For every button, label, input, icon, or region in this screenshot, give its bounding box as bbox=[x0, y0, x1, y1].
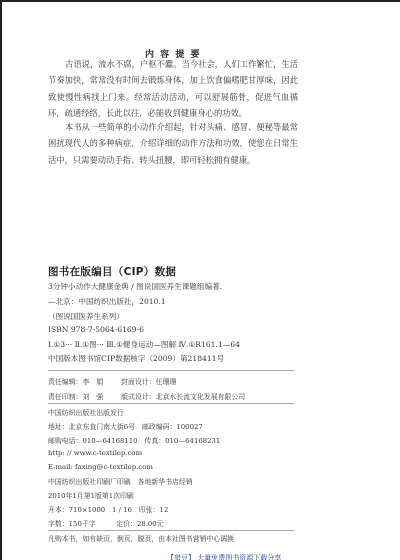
abstract-paragraph-2-text: 本书从一些简单的小动作介绍起，针对头痛、感冒、便秘等最常困扰现代人的多种病症，介… bbox=[48, 122, 298, 165]
cip-title: 图书在版编目（CIP）数据 bbox=[48, 264, 176, 279]
cover-label: 封面设计： bbox=[121, 378, 155, 386]
publisher-line: 地址：北京东直门南大街6号 邮政编码：100027 bbox=[48, 421, 203, 431]
print-label: 责任印制： bbox=[48, 393, 82, 401]
cip-line-cip-number: 中国版本图书馆CIP数据核字（2009）第218411号 bbox=[48, 353, 224, 364]
cip-line-classification: Ⅰ.①3··· Ⅱ.①图··· Ⅲ.①健身运动—图解 Ⅳ.①R161.1—64 bbox=[48, 339, 240, 350]
divider bbox=[48, 530, 294, 531]
publisher-line: 开本：710×1000 1 / 16 印张：12 bbox=[48, 504, 168, 514]
printer-name: 刘 强 bbox=[82, 393, 103, 401]
publisher-line: 中国纺织出版社出版发行 bbox=[48, 407, 124, 417]
divider bbox=[48, 370, 294, 371]
publisher-url: http: // www.c-textilep.com bbox=[48, 449, 142, 457]
abstract-paragraph-2: 本书从一些简单的小动作介绍起，针对头痛、感冒、便秘等最常困扰现代人的多种病症，介… bbox=[48, 119, 298, 168]
return-notice: 凡购本书，如有缺页，倒页，脱页，由本社图书营销中心调换 bbox=[48, 533, 234, 543]
publisher-line: 中国纺织出版社印刷厂印刷 各地新华书店经销 bbox=[48, 476, 193, 486]
layout-name: 北京水长流文化发展有限公司 bbox=[156, 393, 246, 401]
layout-label: 版式设计： bbox=[121, 393, 155, 401]
editor-name: 李 娟 bbox=[82, 378, 103, 386]
publisher-line: 字数：150千字 定价：28.00元 bbox=[48, 518, 164, 528]
cover-name: 任珊珊 bbox=[156, 378, 177, 386]
abstract-paragraph-1: 古语说，流水不腐，户枢不蠹。当今社会，人们工作繁忙，生活节奏加快，常常没有时间去… bbox=[48, 56, 298, 122]
publisher-line: 邮购电话：010—64168110 传真：010—64168231 bbox=[48, 435, 220, 445]
cip-line-publisher: —北京：中国纺织出版社，2010.1 bbox=[48, 296, 166, 307]
publisher-line: 2010年1月第1版第1次印刷 bbox=[48, 490, 134, 500]
divider bbox=[48, 403, 294, 404]
cip-line-series: （图说国医养生系列） bbox=[48, 311, 124, 322]
editor-label: 责任编辑： bbox=[48, 378, 82, 386]
credits-row-1: 责任编辑：李 娟封面设计：任珊珊 bbox=[48, 376, 176, 386]
publisher-email: E-mail: faxing@c-textilep.com bbox=[48, 463, 153, 471]
cip-line-title: 3分钟小动作大健康金典 / 图说国医养生课题组编著. bbox=[48, 281, 222, 292]
abstract-paragraph-1-text: 古语说，流水不腐，户枢不蠹。当今社会，人们工作繁忙，生活节奏加快，常常没有时间去… bbox=[48, 59, 298, 118]
cip-line-isbn: ISBN 978-7-5064-6169-6 bbox=[48, 325, 144, 334]
download-link[interactable]: 【猎豆】 大量免费图书资源下载分享 bbox=[167, 553, 281, 560]
credits-row-2: 责任印制：刘 强版式设计：北京水长流文化发展有限公司 bbox=[48, 391, 245, 401]
